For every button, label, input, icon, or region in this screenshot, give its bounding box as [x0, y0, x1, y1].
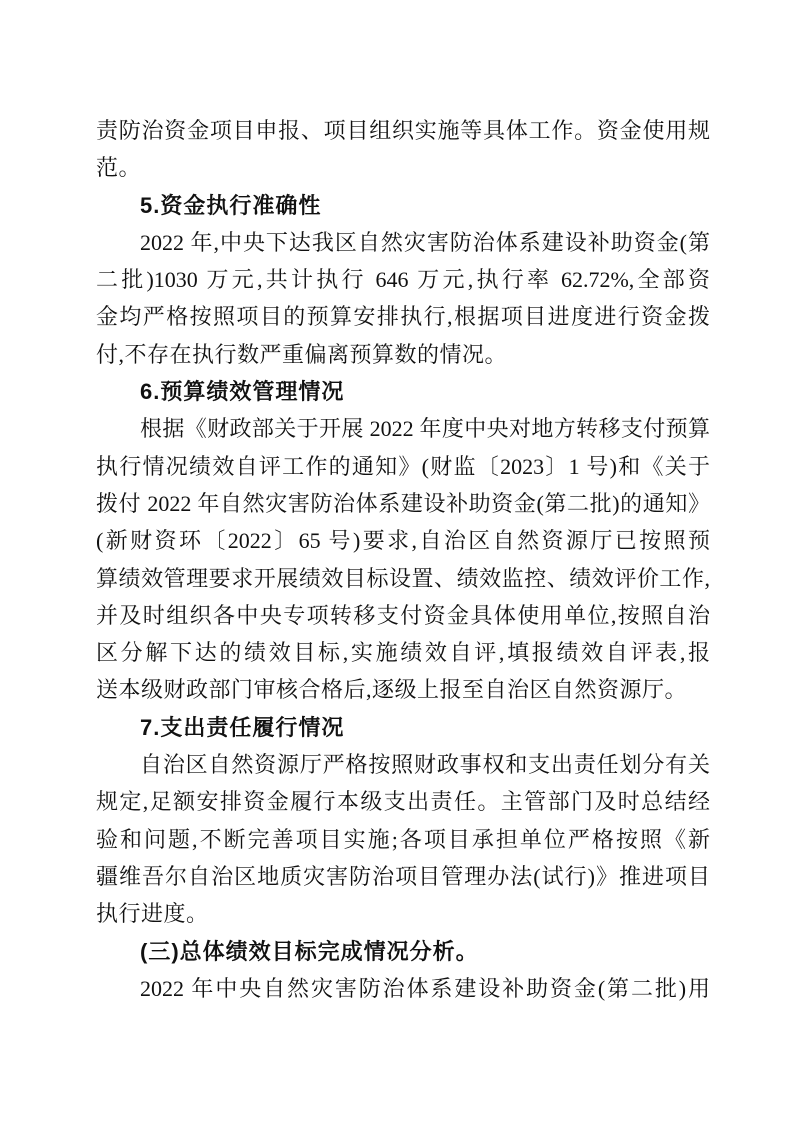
text-line: 规定,足额安排资金履行本级支出责任。主管部门及时总结经 — [96, 783, 710, 820]
text-line: 责防治资金项目申报、项目组织实施等具体工作。资金使用规 — [96, 112, 710, 149]
text-line: 并及时组织各中央专项转移支付资金具体使用单位,按照自治 — [96, 597, 710, 634]
document-page: 责防治资金项目申报、项目组织实施等具体工作。资金使用规范。5.资金执行准确性20… — [0, 0, 793, 1122]
text-line: 根据《财政部关于开展 2022 年度中央对地方转移支付预算 — [96, 410, 710, 447]
text-line: 执行情况绩效自评工作的通知》(财监〔2023〕1 号)和《关于 — [96, 448, 710, 485]
text-line: 二批)1030 万元,共计执行 646 万元,执行率 62.72%,全部资 — [96, 261, 710, 298]
text-line: 拨付 2022 年自然灾害防治体系建设补助资金(第二批)的通知》 — [96, 485, 710, 522]
text-line: 付,不存在执行数严重偏离预算数的情况。 — [96, 336, 710, 373]
text-line: 算绩效管理要求开展绩效目标设置、绩效监控、绩效评价工作, — [96, 560, 710, 597]
section-heading: 7.支出责任履行情况 — [96, 709, 710, 746]
section-heading: 5.资金执行准确性 — [96, 187, 710, 224]
text-line: 验和问题,不断完善项目实施;各项目承担单位严格按照《新 — [96, 821, 710, 858]
text-line: 区分解下达的绩效目标,实施绩效自评,填报绩效自评表,报 — [96, 634, 710, 671]
section-heading: (三)总体绩效目标完成情况分析。 — [96, 933, 710, 970]
section-heading: 6.预算绩效管理情况 — [96, 373, 710, 410]
text-line: (新财资环〔2022〕65 号)要求,自治区自然资源厅已按照预 — [96, 522, 710, 559]
text-line: 自治区自然资源厅严格按照财政事权和支出责任划分有关 — [96, 746, 710, 783]
text-line: 2022 年,中央下达我区自然灾害防治体系建设补助资金(第 — [96, 224, 710, 261]
text-line: 金均严格按照项目的预算安排执行,根据项目进度进行资金拨 — [96, 298, 710, 335]
text-line: 2022 年中央自然灾害防治体系建设补助资金(第二批)用 — [96, 970, 710, 1007]
text-line: 疆维吾尔自治区地质灾害防治项目管理办法(试行)》推进项目 — [96, 858, 710, 895]
text-line: 范。 — [96, 149, 710, 186]
text-line: 送本级财政部门审核合格后,逐级上报至自治区自然资源厅。 — [96, 671, 710, 708]
document-lines: 责防治资金项目申报、项目组织实施等具体工作。资金使用规范。5.资金执行准确性20… — [96, 112, 710, 1007]
text-line: 执行进度。 — [96, 895, 710, 932]
